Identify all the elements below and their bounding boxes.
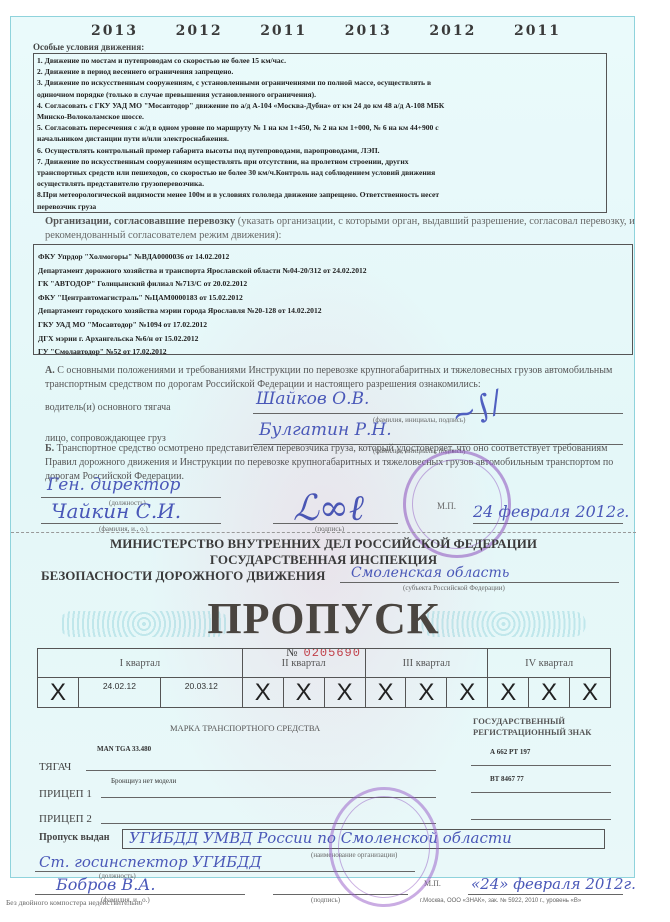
issued-label: Пропуск выдан — [39, 832, 110, 843]
tractor-label: ТЯГАЧ — [39, 761, 71, 773]
ministry-line-3: БЕЗОПАСНОСТИ ДОРОЖНОГО ДВИЖЕНИЯ — [41, 568, 325, 584]
quarter-cell[interactable]: X — [365, 678, 406, 708]
organizations-box: ФКУ Упрдор "Холмогоры" №ВДА0000036 от 14… — [33, 244, 633, 355]
driver-label: водитель(и) основного тягача — [45, 402, 171, 413]
organization-item: ДГХ мэрии г. Архангельска №6/н от 15.02.… — [38, 332, 628, 346]
organization-item: ГК "АВТОДОР" Голицынский филиал №713/С о… — [38, 277, 628, 291]
year-label: 2012 — [176, 23, 223, 39]
ministry-line-2: ГОСУДАРСТВЕННАЯ ИНСПЕКЦИЯ — [11, 552, 636, 568]
special-conditions-title: Особые условия движения: — [33, 42, 144, 52]
issuer-name-value[interactable]: Бобров В.А. — [56, 875, 155, 894]
trailer1-label: ПРИЦЕП 1 — [39, 788, 92, 800]
year-label: 2011 — [514, 23, 561, 39]
footer-printer-info: г.Москва, ООО «ЗНАК», зак. № 5922, 2010 … — [420, 898, 581, 904]
trailer1-reg-line — [471, 792, 611, 793]
condition-line: 1. Движение по мостам и путепроводам со … — [37, 55, 603, 66]
quarter-header: IV квартал — [488, 649, 611, 678]
organization-item: ГКУ УАД МО "Мосавтодор" №1094 от 17.02.2… — [38, 318, 628, 332]
year-label: 2013 — [91, 23, 138, 39]
condition-line: 3. Движение по искусственным сооружениям… — [37, 77, 603, 88]
organization-item: ФКУ "Центравтомагистраль" №ЦАМ0000183 от… — [38, 291, 628, 305]
condition-line: 5. Согласовать пересечения с ж/д в одном… — [37, 122, 603, 133]
footer-validity-note: Без двойного компостера недействительно — [6, 898, 142, 907]
year-label: 2012 — [429, 23, 476, 39]
condition-line: Минско-Волоколамское шоссе. — [37, 111, 603, 122]
quarter-header: I квартал — [38, 649, 243, 678]
quarter-cell[interactable]: 24.02.12 — [78, 678, 160, 708]
issuer-position-value[interactable]: Ст. госинспектор УГИБДД — [39, 853, 262, 871]
tractor-reg-line — [471, 765, 611, 766]
quarter-cell[interactable]: X — [242, 678, 283, 708]
pass-title: ПРОПУСК — [11, 593, 636, 644]
trailer2-label: ПРИЦЕП 2 — [39, 813, 92, 825]
driver-line — [253, 413, 623, 414]
issuer-date-line — [468, 894, 623, 895]
section-a-body: С основными положениями и требованиями И… — [45, 365, 612, 390]
issued-value[interactable]: УГИБДД УМВД России по Смоленской области — [129, 829, 512, 847]
quarter-cell[interactable]: X — [38, 678, 79, 708]
driver-value[interactable]: Шайков О.В. — [256, 389, 369, 409]
quarter-header: II квартал — [242, 649, 365, 678]
organization-item: ФКУ Упрдор "Холмогоры" №ВДА0000036 от 14… — [38, 250, 628, 264]
quarter-cell[interactable]: X — [324, 678, 365, 708]
condition-line: 6. Осуществлять контрольный промер габар… — [37, 145, 603, 156]
condition-line: 7. Движение по искусственным сооружениям… — [37, 156, 603, 167]
organizations-title-bold: Организации, согласовавшие перевозку — [45, 216, 235, 227]
condition-line: 8.При метеорологической видимости менее … — [37, 189, 603, 200]
quarter-cell[interactable]: X — [406, 678, 447, 708]
region-caption: (субъекта Российской Федерации) — [403, 584, 505, 592]
region-line — [340, 582, 619, 583]
ministry-line-1: МИНИСТЕРСТВО ВНУТРЕННИХ ДЕЛ РОССИЙСКОЙ Ф… — [11, 536, 636, 552]
tractor-brand[interactable]: MAN TGA 33.480 — [97, 745, 151, 753]
tear-line — [11, 532, 636, 533]
quarter-cell[interactable]: X — [283, 678, 324, 708]
quarter-cell[interactable]: X — [529, 678, 570, 708]
region-value[interactable]: Смоленская область — [351, 565, 509, 581]
year-label: 2013 — [345, 23, 392, 39]
year-label: 2011 — [260, 23, 307, 39]
carrier-position-value[interactable]: Ген. директор — [47, 475, 180, 495]
section-b-letter: Б. — [45, 443, 54, 454]
quarter-cell[interactable]: X — [447, 678, 488, 708]
condition-line: 2. Движение в период весеннего ограничен… — [37, 66, 603, 77]
brand-header: МАРКА ТРАНСПОРТНОГО СРЕДСТВА — [170, 723, 320, 733]
reg-header-2: РЕГИСТРАЦИОННЫЙ ЗНАК — [473, 727, 591, 737]
carrier-name-value[interactable]: Чайкин С.И. — [51, 499, 181, 523]
special-conditions-box: 1. Движение по мостам и путепроводам со … — [33, 53, 607, 213]
trailer1-brand[interactable]: Бронщиуз нет модели — [111, 777, 176, 785]
trailer2-reg-line — [471, 819, 611, 820]
carrier-position-line — [41, 497, 221, 498]
issuer-signature-caption: (подпись) — [311, 896, 340, 904]
quarters-table: I квартал II квартал III квартал IV квар… — [37, 648, 611, 708]
year-strip: 2013 2012 2011 2013 2012 2011 — [91, 23, 561, 39]
condition-line: начальником дистанции пути и/или электро… — [37, 133, 603, 144]
condition-line: перевозчик груза — [37, 201, 603, 212]
condition-line: одиночном порядке (только в случае превы… — [37, 89, 603, 100]
trailer1-reg[interactable]: ВТ 8467 77 — [490, 775, 524, 783]
tractor-reg[interactable]: А 662 РТ 197 — [490, 748, 530, 756]
condition-line: транспортных средств или пешеходов, со с… — [37, 167, 603, 178]
organization-item: Департамент дорожного хозяйства и трансп… — [38, 264, 628, 278]
quarter-cell[interactable]: 20.03.12 — [160, 678, 242, 708]
reg-header-1: ГОСУДАРСТВЕННЫЙ — [473, 716, 565, 726]
issuer-name-line — [35, 894, 245, 895]
gibdd-stamp — [329, 787, 439, 907]
organization-item: Департамент городского хозяйства мэрии г… — [38, 304, 628, 318]
tractor-line — [86, 770, 436, 771]
organization-item: ГУ "Смолавтодор" №52 от 17.02.2012 — [38, 345, 628, 359]
quarter-cell[interactable]: X — [570, 678, 611, 708]
permit-sheet: 2013 2012 2011 2013 2012 2011 Особые усл… — [10, 16, 635, 878]
condition-line: 4. Согласовать с ГКУ УАД МО "Мосавтодор"… — [37, 100, 603, 111]
carrier-signature: ℒ∞ℓ — [293, 487, 364, 529]
carrier-name-line — [41, 523, 221, 524]
condition-line: осуществлять представителю грузоперевозч… — [37, 178, 603, 189]
escort-value[interactable]: Булгатин Р.Н. — [259, 420, 392, 440]
quarter-cell[interactable]: X — [488, 678, 529, 708]
section-a-text: А. С основными положениями и требованиям… — [45, 364, 635, 392]
section-a-letter: А. — [45, 365, 55, 376]
issuer-date-value[interactable]: «24» февраля 2012г. — [471, 875, 636, 893]
organizations-title: Организации, согласовавшие перевозку (ук… — [45, 215, 635, 243]
quarter-header: III квартал — [365, 649, 488, 678]
